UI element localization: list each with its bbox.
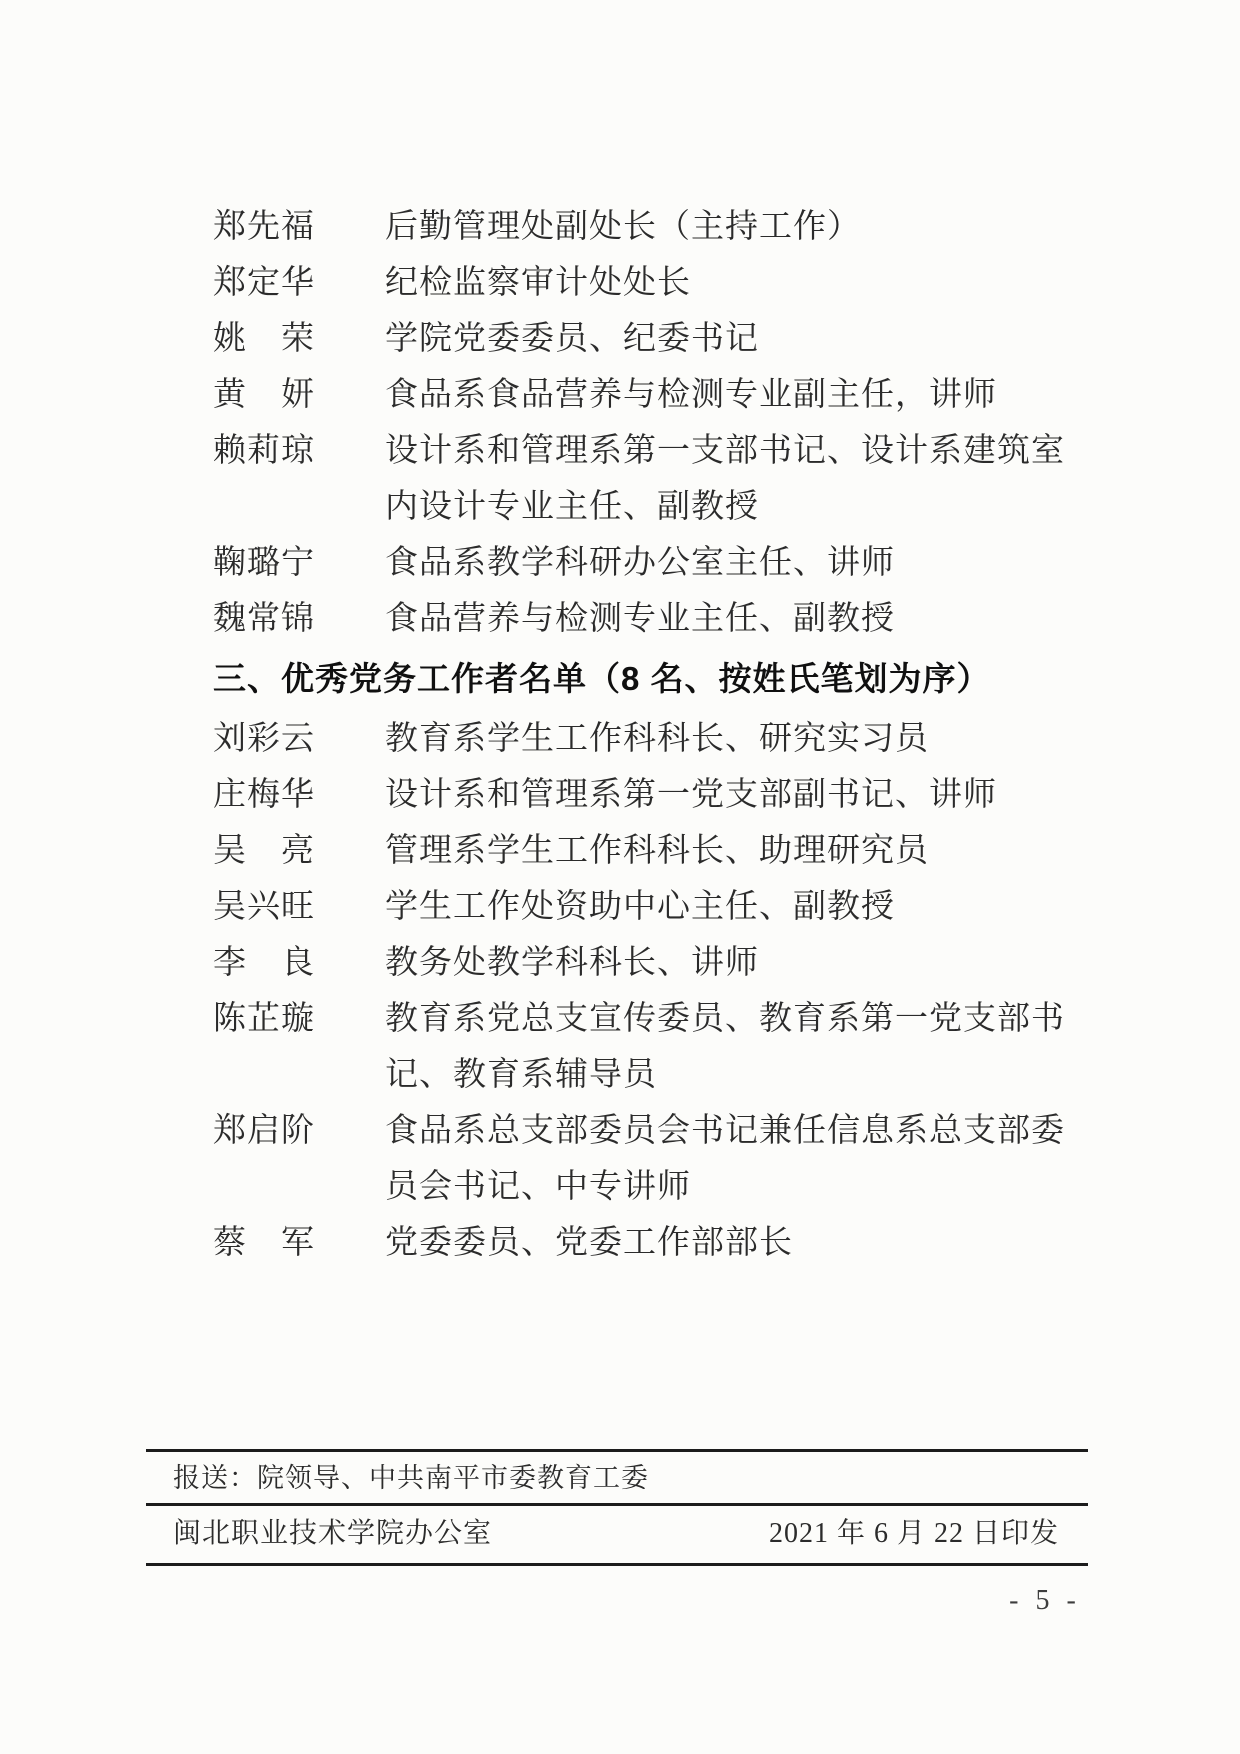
awardee-name: 吴兴旺 xyxy=(213,879,385,935)
awardee-name: 姚 荣 xyxy=(213,311,385,367)
awardee-title: 管理系学生工作科科长、助理研究员 xyxy=(385,823,929,879)
list-item: 姚 荣 学院党委委员、纪委书记 xyxy=(213,311,1093,367)
awardee-title: 食品系食品营养与检测专业副主任，讲师 xyxy=(385,367,997,423)
awardee-title: 学院党委委员、纪委书记 xyxy=(385,311,759,367)
distribution-line: 报送：院领导、中共南平市委教育工委 xyxy=(173,1455,649,1501)
awardee-name: 庄梅华 xyxy=(213,767,385,823)
list-item-continuation: 员会书记、中专讲师 xyxy=(213,1159,1093,1215)
list-item: 郑定华 纪检监察审计处处长 xyxy=(213,255,1093,311)
awardee-name: 郑定华 xyxy=(213,255,385,311)
awardee-title: 设计系和管理系第一支部书记、设计系建筑室 xyxy=(385,423,1065,479)
list-item: 蔡 军 党委委员、党委工作部部长 xyxy=(213,1215,1093,1271)
awardee-title: 纪检监察审计处处长 xyxy=(385,255,691,311)
list-item: 陈芷璇 教育系党总支宣传委员、教育系第一党支部书 xyxy=(213,991,1093,1047)
awardee-title: 学生工作处资助中心主任、副教授 xyxy=(385,879,895,935)
award-name-list: 郑先福 后勤管理处副处长（主持工作） 郑定华 纪检监察审计处处长 姚 荣 学院党… xyxy=(213,199,1093,1271)
awardee-title: 后勤管理处副处长（主持工作） xyxy=(385,199,861,255)
awardee-title: 教育系党总支宣传委员、教育系第一党支部书 xyxy=(385,991,1065,1047)
list-item-continuation: 内设计专业主任、副教授 xyxy=(213,479,1093,535)
awardee-name-empty xyxy=(213,479,385,535)
awardee-name: 郑先福 xyxy=(213,199,385,255)
awardee-name: 鞠璐宁 xyxy=(213,535,385,591)
awardee-name: 吴 亮 xyxy=(213,823,385,879)
awardee-name: 李 良 xyxy=(213,935,385,991)
page-number: - 5 - xyxy=(995,1585,1095,1617)
awardee-name: 陈芷璇 xyxy=(213,991,385,1047)
awardee-title: 设计系和管理系第一党支部副书记、讲师 xyxy=(385,767,997,823)
awardee-name: 刘彩云 xyxy=(213,711,385,767)
awardee-title: 食品系教学科研办公室主任、讲师 xyxy=(385,535,895,591)
list-item: 李 良 教务处教学科科长、讲师 xyxy=(213,935,1093,991)
awardee-title-continuation: 内设计专业主任、副教授 xyxy=(385,479,759,535)
awardee-name: 蔡 军 xyxy=(213,1215,385,1271)
list-item: 鞠璐宁 食品系教学科研办公室主任、讲师 xyxy=(213,535,1093,591)
awardee-name: 魏常锦 xyxy=(213,591,385,647)
awardee-title: 教育系学生工作科科长、研究实习员 xyxy=(385,711,929,767)
awardee-title: 教务处教学科科长、讲师 xyxy=(385,935,759,991)
list-item: 庄梅华 设计系和管理系第一党支部副书记、讲师 xyxy=(213,767,1093,823)
awardee-name-empty xyxy=(213,1159,385,1215)
awardee-title: 食品系总支部委员会书记兼任信息系总支部委 xyxy=(385,1103,1065,1159)
footer-rule-top xyxy=(146,1449,1088,1452)
list-item: 郑启阶 食品系总支部委员会书记兼任信息系总支部委 xyxy=(213,1103,1093,1159)
issuer-office: 闽北职业技术学院办公室 xyxy=(173,1508,492,1560)
awardee-title: 食品营养与检测专业主任、副教授 xyxy=(385,591,895,647)
list-item: 吴 亮 管理系学生工作科科长、助理研究员 xyxy=(213,823,1093,879)
section-heading: 三、优秀党务工作者名单（8 名、按姓氏笔划为序） xyxy=(213,647,1093,711)
list-item: 赖莉琼 设计系和管理系第一支部书记、设计系建筑室 xyxy=(213,423,1093,479)
awardee-title: 党委委员、党委工作部部长 xyxy=(385,1215,793,1271)
issuer-row: 闽北职业技术学院办公室 2021 年 6 月 22 日印发 xyxy=(173,1508,1059,1560)
list-item: 魏常锦 食品营养与检测专业主任、副教授 xyxy=(213,591,1093,647)
list-item: 郑先福 后勤管理处副处长（主持工作） xyxy=(213,199,1093,255)
awardee-title-continuation: 员会书记、中专讲师 xyxy=(385,1159,691,1215)
awardee-title-continuation: 记、教育系辅导员 xyxy=(385,1047,657,1103)
footer-rule-bottom xyxy=(146,1563,1088,1566)
list-item: 吴兴旺 学生工作处资助中心主任、副教授 xyxy=(213,879,1093,935)
awardee-name: 郑启阶 xyxy=(213,1103,385,1159)
document-page: 郑先福 后勤管理处副处长（主持工作） 郑定华 纪检监察审计处处长 姚 荣 学院党… xyxy=(0,0,1240,1754)
footer-rule-middle xyxy=(146,1503,1088,1506)
list-item: 刘彩云 教育系学生工作科科长、研究实习员 xyxy=(213,711,1093,767)
awardee-name-empty xyxy=(213,1047,385,1103)
awardee-name: 黄 妍 xyxy=(213,367,385,423)
list-item-continuation: 记、教育系辅导员 xyxy=(213,1047,1093,1103)
awardee-name: 赖莉琼 xyxy=(213,423,385,479)
list-item: 黄 妍 食品系食品营养与检测专业副主任，讲师 xyxy=(213,367,1093,423)
print-date: 2021 年 6 月 22 日印发 xyxy=(769,1508,1059,1560)
